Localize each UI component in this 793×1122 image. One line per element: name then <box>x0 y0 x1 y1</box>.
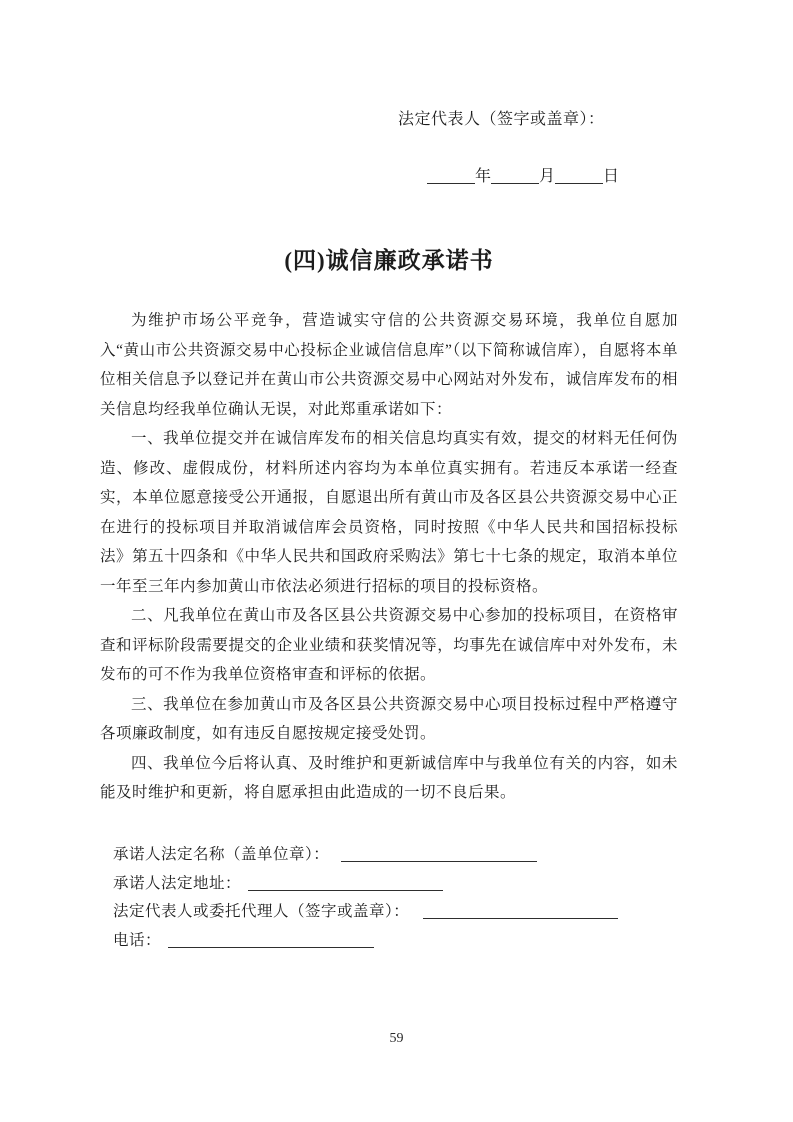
date-year-label: 年 <box>475 168 491 185</box>
body-paragraph-item2: 二、凡我单位在黄山市及各区县公共资源交易中心参加的投标项目，在资格审查和评标阶段… <box>100 601 678 690</box>
signature-line-phone: 电话： <box>113 927 618 956</box>
date-day-label: 日 <box>603 168 619 185</box>
page-number: 59 <box>0 1031 793 1047</box>
legal-representative-sign-label: 法定代表人（签字或盖章）： <box>398 106 605 129</box>
signature-block: 承诺人法定名称（盖单位章）： 承诺人法定地址： 法定代表人或委托代理人（签字或盖… <box>113 841 618 955</box>
signature-name-label: 承诺人法定名称（盖单位章）： <box>113 846 329 863</box>
body-paragraph-item4: 四、我单位今后将认真、及时维护和更新诚信库中与我单位有关的内容，如未能及时维护和… <box>100 749 678 808</box>
fill-in-blank-line <box>423 905 618 919</box>
date-month-label: 月 <box>539 168 555 185</box>
section-title: (四)诚信廉政承诺书 <box>100 242 678 275</box>
signature-line-representative: 法定代表人或委托代理人（签字或盖章）： <box>113 898 618 927</box>
signature-line-address: 承诺人法定地址： <box>113 870 618 899</box>
body-paragraph-intro: 为维护市场公平竞争，营造诚实守信的公共资源交易环境，我单位自愿加入“黄山市公共资… <box>100 306 678 424</box>
document-page: 法定代表人（签字或盖章）： 年月日 (四)诚信廉政承诺书 为维护市场公平竞争，营… <box>0 0 793 1122</box>
document-body: 为维护市场公平竞争，营造诚实守信的公共资源交易环境，我单位自愿加入“黄山市公共资… <box>100 306 678 808</box>
date-blank-day <box>555 170 603 184</box>
body-paragraph-item3: 三、我单位在参加黄山市及各区县公共资源交易中心项目投标过程中严格遵守各项廉政制度… <box>100 690 678 749</box>
fill-in-blank-line <box>341 848 537 862</box>
signature-representative-label: 法定代表人或委托代理人（签字或盖章）： <box>113 903 409 920</box>
date-blank-month <box>491 170 539 184</box>
fill-in-blank-line <box>168 934 374 948</box>
body-paragraph-item1: 一、我单位提交并在诚信库发布的相关信息均真实有效，提交的材料无任何伪造、修改、虚… <box>100 424 678 601</box>
signature-phone-label: 电话： <box>113 932 161 949</box>
signature-address-label: 承诺人法定地址： <box>113 875 241 892</box>
signature-line-name: 承诺人法定名称（盖单位章）： <box>113 841 618 870</box>
date-line: 年月日 <box>427 163 619 186</box>
date-blank-year <box>427 170 475 184</box>
fill-in-blank-line <box>248 877 443 891</box>
